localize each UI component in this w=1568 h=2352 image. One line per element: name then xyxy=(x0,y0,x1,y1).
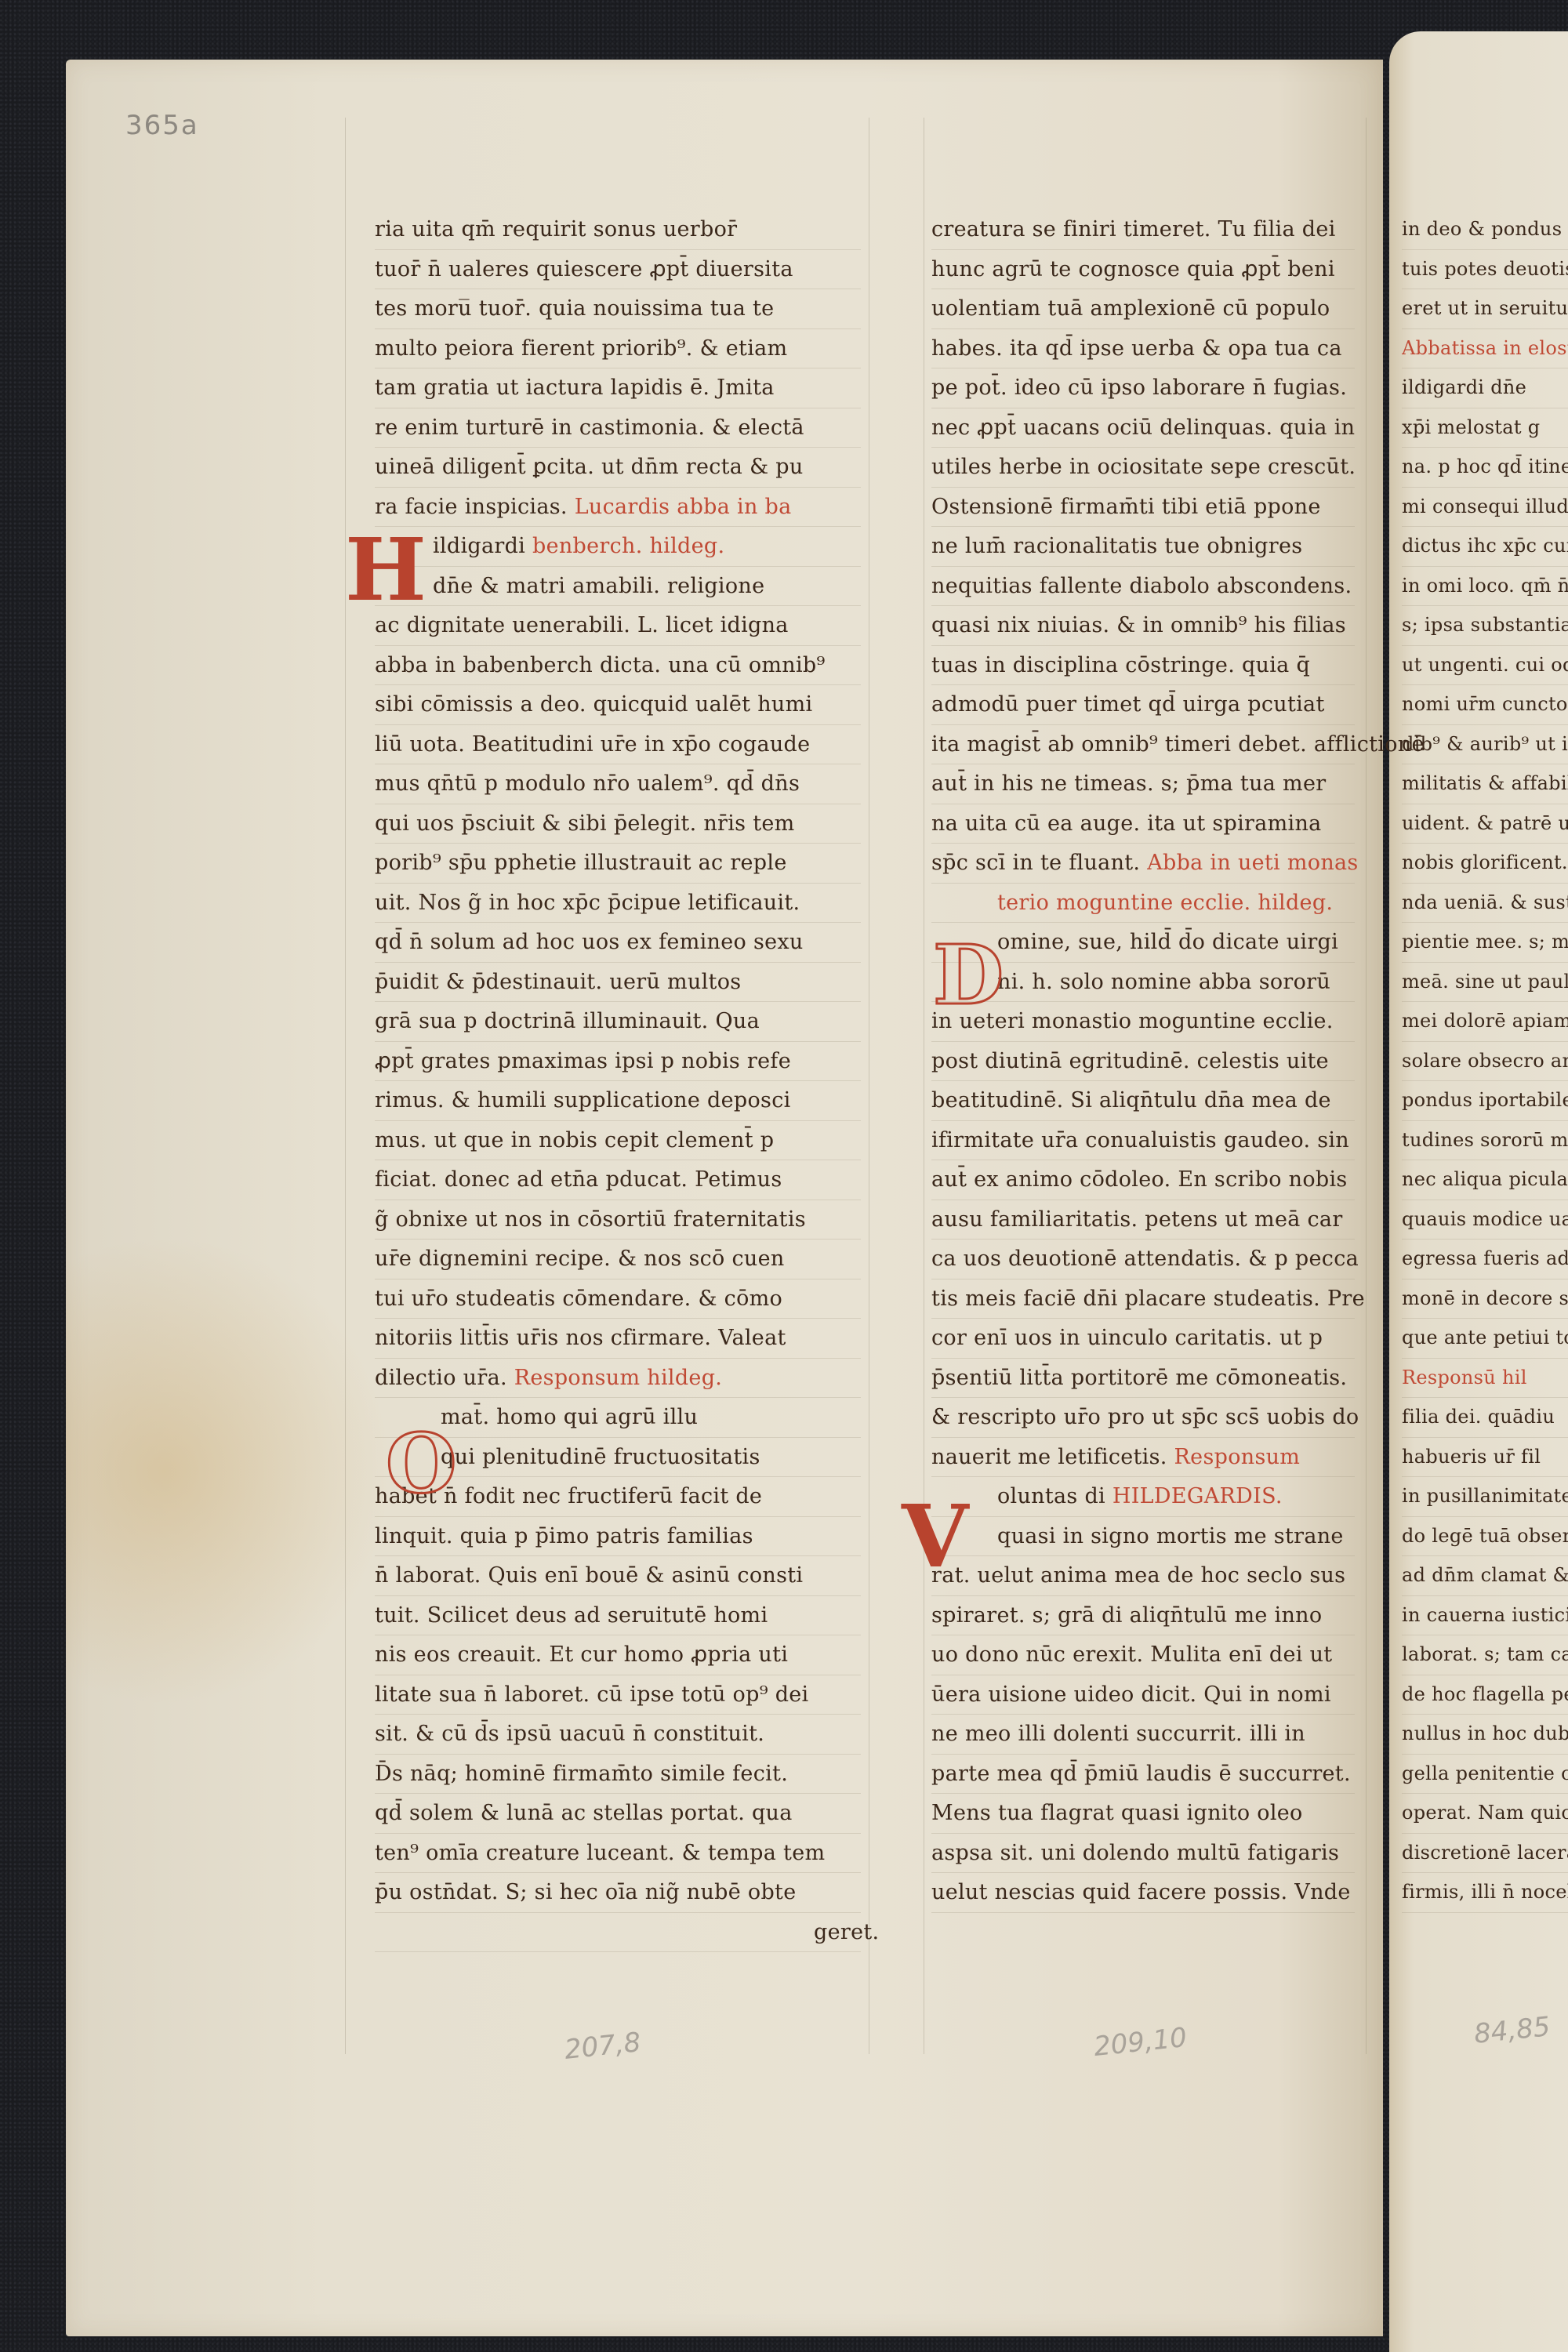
text-line: xp̄i melostat g xyxy=(1402,408,1568,448)
text-line: p̄sentiū litt̄a portitorē me cōmoneatis. xyxy=(931,1359,1355,1399)
rubric-heading: Responsum xyxy=(1174,1445,1301,1469)
text-line: liū uota. Beatitudini ur̄e in xp̄o cogau… xyxy=(375,725,861,765)
text-line: rat. uelut anima mea de hoc seclo sus xyxy=(931,1556,1355,1596)
text-line-with-rubric: ra facie inspicias. Lucardis abba in ba xyxy=(375,488,861,528)
text-line: qui uos p̄sciuit & sibi p̄elegit. nr̄is … xyxy=(375,804,861,844)
text-line: ten⁹ omīa creature luceant. & tempa tem xyxy=(375,1834,861,1874)
text-line: firmis, illi n̄ nocebit. xyxy=(1402,1873,1568,1913)
text-line: nda ueniā. & sustine xyxy=(1402,884,1568,924)
text-line: ac dignitate uenerabili. L. licet idigna xyxy=(375,606,861,646)
text-line: que ante petiui toto ex xyxy=(1402,1319,1568,1359)
text-line: na. p hoc qd̄ itine gu xyxy=(1402,448,1568,488)
text-line: qd̄ solem & lunā ac stellas portat. qua xyxy=(375,1794,861,1834)
text-line: quauis modice ualeā d xyxy=(1402,1200,1568,1240)
text-line: tuor̄ n̄ ualeres quiescere ꝓpt̄ diuersit… xyxy=(375,250,861,290)
left-text-column: ria uita qm̄ requirit sonus uerbor̄ tuor… xyxy=(375,210,861,1952)
text-line: mei dolorē apiam. & xyxy=(1402,1002,1568,1042)
text-line: ca uos deuotionē attendatis. & p pecca xyxy=(931,1240,1355,1279)
rubric-heading: Abba in ueti monas xyxy=(1147,851,1358,875)
text-line: n̄ laborat. Quis enī bouē & asinū consti xyxy=(375,1556,861,1596)
text-line: ꝓpt̄ grates pmaximas ipsi p nobis refe xyxy=(375,1042,861,1082)
text-line: uident. & patrē ur̄m xyxy=(1402,804,1568,844)
text-line: porib⁹ sp̄u pphetie illustrauit ac reple xyxy=(375,844,861,884)
text-line-with-rubric: nauerit me letificetis. Responsum xyxy=(931,1438,1355,1478)
text-line: uineā diligent̄ ꝑcita. ut dn̄m recta & p… xyxy=(375,448,861,488)
text-line: s; ipsa substantia fact xyxy=(1402,606,1568,646)
text-line: nequitias fallente diabolo abscondens. xyxy=(931,567,1355,607)
text-fragment: nauerit me letificetis. xyxy=(931,1445,1167,1469)
text-line: admodū puer timet qd̄ uirga pcutiat xyxy=(931,685,1355,725)
rubric-heading: Abbatissa in elosta xyxy=(1402,329,1568,369)
text-line: ausu familiaritatis. petens ut meā car xyxy=(931,1200,1355,1240)
text-line: spiraret. s; grā di aliqn̄tulū me inno xyxy=(931,1596,1355,1636)
text-line: qd̄ n̄ solum ad hoc uos ex femineo sexu xyxy=(375,923,861,963)
text-line: tes moru̅ tuor̄. quia nouissima tua te xyxy=(375,289,861,329)
text-line-with-rubric: sp̄c scī in te fluant. Abba in ueti mona… xyxy=(931,844,1355,884)
text-line: discretionē lacerat. sub xyxy=(1402,1834,1568,1874)
text-line: g̃ obnixe ut nos in cōsortiū fraternitat… xyxy=(375,1200,861,1240)
text-line: Mens tua flagrat quasi ignito oleo xyxy=(931,1794,1355,1834)
text-line: abba in babenberch dicta. una cū omnib⁹ xyxy=(375,646,861,686)
text-line: p̄u ostn̄dat. S; si hec oīa nig̃ nubē ob… xyxy=(375,1873,861,1913)
text-line: operat. Nam quicūq; agr xyxy=(1402,1794,1568,1834)
text-line: p̄uidit & p̄destinauit. uerū multos xyxy=(375,963,861,1003)
text-line-with-rubric: ildigardi benberch. hildeg. xyxy=(375,527,861,567)
text-line: ūera uisione uideo dicit. Qui in nomi xyxy=(931,1675,1355,1715)
text-line: quasi nix niuias. & in omnib⁹ his filias xyxy=(931,606,1355,646)
text-line: & rescripto ur̄o pro ut sp̄c scs̄ uobis … xyxy=(931,1398,1355,1438)
rubric-heading: Responsum hildeg. xyxy=(514,1366,722,1390)
rubric-heading: Responsū hil xyxy=(1402,1359,1568,1399)
initial-letter-D: D xyxy=(933,935,1004,1016)
text-line: habueris ur̄ fil xyxy=(1402,1438,1568,1478)
text-line: D̄s nāq; hominē firmam̄to simile fecit. xyxy=(375,1755,861,1795)
text-line: mi consequi illud pfec xyxy=(1402,488,1568,528)
text-line: creatura se finiri timeret. Tu filia dei xyxy=(931,210,1355,250)
text-line: uelut nescias quid facere possis. Vnde xyxy=(931,1873,1355,1913)
text-line: nis eos creauit. Et cur homo ꝓpria uti xyxy=(375,1635,861,1675)
text-line: nobis glorificent. Igi xyxy=(1402,844,1568,884)
text-line: nullus in hoc dubitet q xyxy=(1402,1715,1568,1755)
text-line: in omi loco. qm̄ n̄ iam xyxy=(1402,567,1568,607)
text-line: aut̄ in his ne timeas. s; p̄ma tua mer xyxy=(931,764,1355,804)
text-line: ria uita qm̄ requirit sonus uerbor̄ xyxy=(375,210,861,250)
text-line: nomi ur̄m cunctor̄ ita xyxy=(1402,685,1568,725)
text-line: tis meis faciē dn̄i placare studeatis. P… xyxy=(931,1279,1355,1319)
text-line: nec aliqua picula que xyxy=(1402,1160,1568,1200)
text-line: egressa fueris ad u xyxy=(1402,1240,1568,1279)
text-line: in pusillanimitate ad xyxy=(1402,1477,1568,1517)
text-line: ita magist̄ ab omnib⁹ timeri debet. affl… xyxy=(931,725,1355,765)
text-line: habes. ita qd̄ ipse uerba & opa tua ca xyxy=(931,329,1355,369)
text-line: eret ut in seruitute xyxy=(1402,289,1568,329)
text-line: de hoc flagella peniten xyxy=(1402,1675,1568,1715)
text-line: mus qn̄tū p modulo nr̄o ualem⁹. qd̄ dn̄s xyxy=(375,764,861,804)
text-fragment: sp̄c scī in te fluant. xyxy=(931,851,1140,875)
text-line: ifirmitate ur̄a conualuistis gaudeo. sin xyxy=(931,1121,1355,1161)
text-line: sibi cōmissis a deo. quicquid ualēt humi xyxy=(375,685,861,725)
text-line: uo dono nūc erexit. Mulita enī dei ut xyxy=(931,1635,1355,1675)
text-line: ad dn̄m clamat & orat. H xyxy=(1402,1556,1568,1596)
text-line: tudines sororū meaꝝ xyxy=(1402,1121,1568,1161)
text-line-with-rubric: oluntas di HILDEGARDIS. xyxy=(931,1477,1355,1517)
initial-letter-H: H xyxy=(345,527,426,613)
text-line: uit. Nos g̃ in hoc xp̄c p̄cipue letifica… xyxy=(375,884,861,924)
water-stain xyxy=(66,1236,395,1706)
text-line: meā. sine ut paululū xyxy=(1402,963,1568,1003)
rubric-heading: benberch. hildeg. xyxy=(532,534,724,558)
middle-text-column: creatura se finiri timeret. Tu filia dei… xyxy=(931,210,1355,1913)
initial-letter-V: V xyxy=(902,1494,968,1580)
text-line: ficiat. donec ad etn̄a pducat. Petimus xyxy=(375,1160,861,1200)
ruling-line xyxy=(1366,118,1367,2054)
ruling-line xyxy=(345,118,346,2054)
text-line: ne lum̄ racionalitatis tue obnigres xyxy=(931,527,1355,567)
text-line-with-rubric: dilectio ur̄a. Responsum hildeg. xyxy=(375,1359,861,1399)
text-line: cor enī uos in uinculo caritatis. ut p xyxy=(931,1319,1355,1359)
text-line: mus. ut que in nobis cepit clement̄ p xyxy=(375,1121,861,1161)
text-line: uolentiam tuā amplexionē cū populo xyxy=(931,289,1355,329)
text-line: tuit. Scilicet deus ad seruitutē homi xyxy=(375,1596,861,1636)
text-fragment: dilectio ur̄a. xyxy=(375,1366,507,1390)
text-fragment: ra facie inspicias. xyxy=(375,495,568,519)
text-line: multo peiora fierent priorib⁹. & etiam xyxy=(375,329,861,369)
text-line: re enim turturē in castimonia. & electā xyxy=(375,408,861,448)
text-line: aspsa sit. uni dolendo multū fatigaris xyxy=(931,1834,1355,1874)
text-line: ut ungenti. cui odo xyxy=(1402,646,1568,686)
text-line: pondus iportabile. qm xyxy=(1402,1081,1568,1121)
text-line: tuas in disciplina cōstringe. quia q̄ xyxy=(931,646,1355,686)
text-line: laborat. s; tam casū ad xyxy=(1402,1635,1568,1675)
rubric-heading: HILDEGARDIS. xyxy=(1112,1484,1283,1508)
text-line: nec ꝓpt̄ uacans ociū delinquas. quia in xyxy=(931,408,1355,448)
text-line: filia dei. quādiu xyxy=(1402,1398,1568,1438)
text-line: ne meo illi dolenti succurrit. illi in xyxy=(931,1715,1355,1755)
text-line: sit. & cū d̄s ipsū uacuū n̄ constituit. xyxy=(375,1715,861,1755)
text-line: utiles herbe in ociositate sepe crescūt. xyxy=(931,448,1355,488)
text-line: militatis & affabilitat xyxy=(1402,764,1568,804)
rubric-heading: Lucardis abba in ba xyxy=(575,495,792,519)
text-line: in deo & pondus tuū xyxy=(1402,210,1568,250)
text-line: pientie mee. s; mag xyxy=(1402,923,1568,963)
text-line: beatitudinē. Si aliqn̄tulu dn̄a mea de xyxy=(931,1081,1355,1121)
text-line: do legē tuā obserua. qu xyxy=(1402,1517,1568,1557)
text-line: monē in decore suo. xyxy=(1402,1279,1568,1319)
text-line: parte mea qd̄ p̄miū laudis ē succurret. xyxy=(931,1755,1355,1795)
text-line: geret. xyxy=(375,1913,861,1953)
text-line: post diutinā egritudinē. celestis uite xyxy=(931,1042,1355,1082)
text-line: aut̄ ex animo cōdoleo. En scribo nobis xyxy=(931,1160,1355,1200)
text-line: linquit. quia p p̄imo patris familias xyxy=(375,1517,861,1557)
rubric-heading: terio moguntine ecclie. hildeg. xyxy=(931,884,1355,924)
text-fragment: ildigardi xyxy=(433,534,525,558)
folio-number: 365a xyxy=(125,110,199,141)
text-line: Ostensionē firmam̄ti tibi etiā ppone xyxy=(931,488,1355,528)
text-line: ur̄e dignemini recipe. & nos scō cuen xyxy=(375,1240,861,1279)
text-line: dn̄e & matri amabili. religione xyxy=(375,567,861,607)
text-line: ildigardi dn̄e xyxy=(1402,368,1568,408)
text-line: hunc agrū te cognosce quia ꝓpt̄ beni xyxy=(931,250,1355,290)
text-fragment: oluntas di xyxy=(997,1484,1105,1508)
text-line: nitoriis litt̄is ur̄is nos cfirmare. Val… xyxy=(375,1319,861,1359)
text-line: na uita cū ea auge. ita ut spiramina xyxy=(931,804,1355,844)
text-line: tuis potes deuotissime xyxy=(1402,250,1568,290)
text-line: quasi in signo mortis me strane xyxy=(931,1517,1355,1557)
text-line: pe pot̄. ideo cū ipso laborare n̄ fugias… xyxy=(931,368,1355,408)
text-line: rimus. & humili supplicatione deposci xyxy=(375,1081,861,1121)
right-page-text-column: in deo & pondus tuū tuis potes deuotissi… xyxy=(1402,210,1568,1913)
text-line: dictus ihc xp̄c cui odo xyxy=(1402,527,1568,567)
ruling-line xyxy=(869,118,869,2054)
text-line: gella penitentie celestis xyxy=(1402,1755,1568,1795)
initial-letter-O: O xyxy=(386,1423,457,1504)
text-line: dib⁹ & aurib⁹ ut isimi xyxy=(1402,725,1568,765)
text-line: litate sua n̄ laboret. cū ipse totū op⁹ … xyxy=(375,1675,861,1715)
text-line: grā sua p doctrinā illuminauit. Qua xyxy=(375,1002,861,1042)
text-line: tam gratia ut iactura lapidis ē. Jmita xyxy=(375,368,861,408)
text-line: in cauerna iusticie dī & xyxy=(1402,1596,1568,1636)
text-line: solare obsecro ancilla xyxy=(1402,1042,1568,1082)
ruling-line xyxy=(924,118,924,2054)
text-line: tui ur̄o studeatis cōmendare. & cōmo xyxy=(375,1279,861,1319)
